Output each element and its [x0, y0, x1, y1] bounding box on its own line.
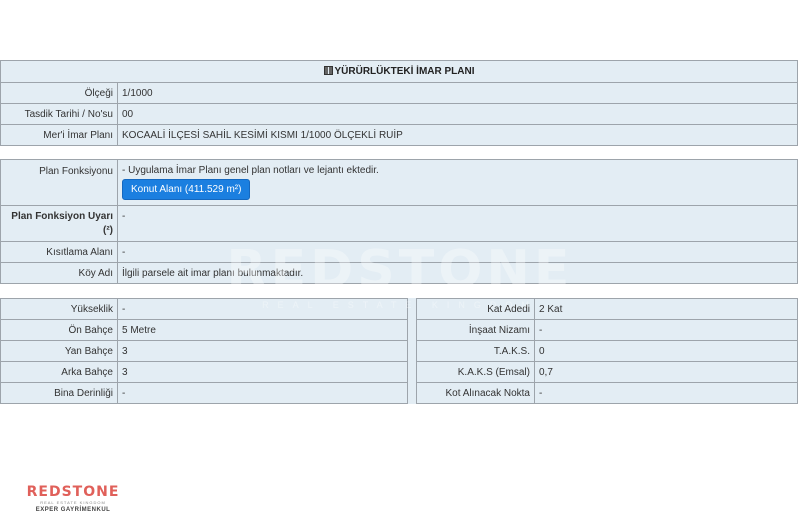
- front-yard-label: Ön Bahçe: [1, 320, 118, 341]
- table-row: Ölçeği 1/1000: [1, 83, 798, 104]
- restriction-area-value: -: [118, 242, 798, 263]
- building-depth-value: -: [118, 383, 408, 404]
- imar-plan-header-table: YÜRÜRLÜKTEKİ İMAR PLANI Ölçeği 1/1000 Ta…: [0, 60, 798, 146]
- plan-function-value: - Uygulama İmar Planı genel plan notları…: [118, 160, 798, 206]
- current-plan-label: Mer'i İmar Planı: [1, 125, 118, 146]
- front-yard-value: 5 Metre: [118, 320, 408, 341]
- height-label: Yükseklik: [1, 299, 118, 320]
- book-icon: [324, 66, 333, 75]
- table-row: Bina Derinliği - Kot Alınacak Nokta -: [1, 383, 798, 404]
- taks-label: T.A.K.S.: [417, 341, 535, 362]
- table-row: Plan Fonksiyon Uyarı (²) -: [1, 206, 798, 242]
- logo-subtitle: EXPER GAYRİMENKUL: [18, 507, 128, 513]
- kaks-value: 0,7: [535, 362, 798, 383]
- table-row: Mer'i İmar Planı KOCAALİ İLÇESİ SAHİL KE…: [1, 125, 798, 146]
- logo-brand: REDSTONE: [18, 484, 128, 500]
- floor-count-label: Kat Adedi: [417, 299, 535, 320]
- table-row: Arka Bahçe 3 K.A.K.S (Emsal) 0,7: [1, 362, 798, 383]
- table-row: Köy Adı İlgili parsele ait imar planı bu…: [1, 263, 798, 284]
- scale-value: 1/1000: [118, 83, 798, 104]
- plan-function-warning-label-text: Plan Fonksiyon Uyarı (²): [11, 211, 113, 236]
- table-row: Yan Bahçe 3 T.A.K.S. 0: [1, 341, 798, 362]
- approval-date-label: Tasdik Tarihi / No'su: [1, 104, 118, 125]
- table-row: Plan Fonksiyonu - Uygulama İmar Planı ge…: [1, 160, 798, 206]
- kaks-label: K.A.K.S (Emsal): [417, 362, 535, 383]
- table-row: Yükseklik - Kat Adedi 2 Kat: [1, 299, 798, 320]
- section-title-text: YÜRÜRLÜKTEKİ İMAR PLANI: [335, 66, 475, 77]
- plan-function-label: Plan Fonksiyonu: [1, 160, 118, 206]
- back-yard-value: 3: [118, 362, 408, 383]
- village-name-value: İlgili parsele ait imar planı bulunmakta…: [118, 263, 798, 284]
- company-logo: REDSTONE REAL ESTATE KINGDOM EXPER GAYRİ…: [18, 484, 128, 513]
- side-yard-label: Yan Bahçe: [1, 341, 118, 362]
- restriction-area-label: Kısıtlama Alanı: [1, 242, 118, 263]
- logo-tagline: REAL ESTATE KINGDOM: [18, 500, 128, 505]
- construction-order-value: -: [535, 320, 798, 341]
- plan-function-warning-value: -: [118, 206, 798, 242]
- elevation-point-value: -: [535, 383, 798, 404]
- table-row: Tasdik Tarihi / No'su 00: [1, 104, 798, 125]
- height-value: -: [118, 299, 408, 320]
- taks-value: 0: [535, 341, 798, 362]
- village-name-label: Köy Adı: [1, 263, 118, 284]
- plan-function-warning-label: Plan Fonksiyon Uyarı (²): [1, 206, 118, 242]
- construction-order-label: İnşaat Nizamı: [417, 320, 535, 341]
- back-yard-label: Arka Bahçe: [1, 362, 118, 383]
- elevation-point-label: Kot Alınacak Nokta: [417, 383, 535, 404]
- plan-function-note: - Uygulama İmar Planı genel plan notları…: [122, 165, 793, 176]
- table-row: Ön Bahçe 5 Metre İnşaat Nizamı -: [1, 320, 798, 341]
- residential-area-button[interactable]: Konut Alanı (411.529 m²): [122, 179, 250, 200]
- approval-date-value: 00: [118, 104, 798, 125]
- building-depth-label: Bina Derinliği: [1, 383, 118, 404]
- building-params-table: Yükseklik - Kat Adedi 2 Kat Ön Bahçe 5 M…: [0, 298, 798, 404]
- table-row: Kısıtlama Alanı -: [1, 242, 798, 263]
- section-title: YÜRÜRLÜKTEKİ İMAR PLANI: [1, 61, 798, 83]
- scale-label: Ölçeği: [1, 83, 118, 104]
- side-yard-value: 3: [118, 341, 408, 362]
- floor-count-value: 2 Kat: [535, 299, 798, 320]
- current-plan-value: KOCAALİ İLÇESİ SAHİL KESİMİ KISMI 1/1000…: [118, 125, 798, 146]
- plan-function-table: Plan Fonksiyonu - Uygulama İmar Planı ge…: [0, 159, 798, 284]
